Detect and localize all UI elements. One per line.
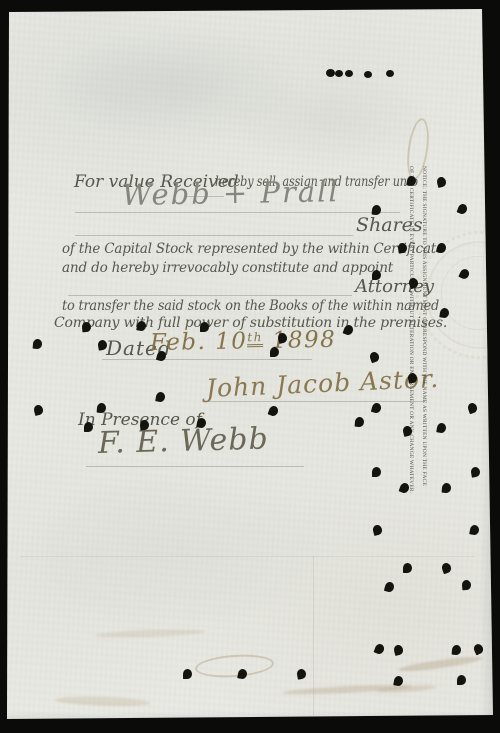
punch-hole (200, 322, 209, 332)
punch-hole (439, 307, 450, 318)
punch-dot (386, 70, 394, 77)
punch-hole (408, 277, 420, 289)
punch-hole (33, 404, 44, 416)
punch-hole (343, 324, 355, 336)
punch-hole (384, 581, 395, 593)
punch-hole (84, 422, 93, 432)
punch-hole (462, 580, 472, 591)
punch-dot (364, 71, 372, 78)
punch-hole (369, 351, 381, 363)
punch-hole (436, 176, 447, 188)
punch-hole (156, 350, 167, 362)
punch-dot (335, 70, 343, 77)
punch-hole (442, 483, 452, 494)
photographed-document: For value Received hereby sell, assign a… (0, 0, 500, 733)
punch-hole (441, 562, 453, 574)
punch-hole (403, 563, 412, 573)
punch-hole (183, 669, 192, 679)
punch-hole (458, 268, 470, 281)
punch-hole (97, 403, 107, 414)
punch-hole (268, 405, 280, 417)
punch-hole (140, 420, 150, 431)
punch-hole (467, 402, 479, 414)
punch-hole (372, 205, 382, 216)
punch-holes-layer (0, 0, 500, 733)
punch-hole (33, 339, 43, 350)
punch-hole (372, 467, 381, 477)
punch-hole (372, 270, 381, 280)
punch-hole (436, 422, 447, 433)
punch-hole (196, 417, 207, 428)
punch-hole (469, 524, 480, 535)
punch-hole (296, 668, 307, 679)
paper-edge-shadow (0, 711, 500, 721)
punch-hole (407, 372, 418, 383)
punch-hole (82, 322, 92, 333)
certificate-paper: For value Received hereby sell, assign a… (0, 0, 500, 733)
paper-edge-shadow (480, 0, 494, 733)
punch-hole (136, 320, 147, 331)
punch-hole (457, 675, 466, 685)
punch-hole (371, 402, 382, 414)
punch-hole (97, 339, 108, 350)
punch-hole (436, 242, 447, 254)
punch-hole (397, 242, 408, 253)
punch-hole (393, 675, 404, 686)
punch-hole (457, 203, 469, 215)
punch-hole (406, 175, 417, 186)
punch-hole (372, 524, 383, 536)
punch-hole (374, 643, 386, 655)
punch-hole (155, 391, 166, 402)
punch-dot (326, 69, 335, 77)
punch-hole (402, 425, 413, 437)
punch-hole (452, 645, 462, 656)
punch-dot (345, 70, 353, 77)
punch-hole (237, 668, 248, 679)
punch-hole (355, 417, 365, 428)
punch-hole (270, 347, 279, 357)
punch-hole (399, 482, 411, 494)
punch-hole (277, 332, 288, 344)
punch-hole (393, 644, 404, 656)
